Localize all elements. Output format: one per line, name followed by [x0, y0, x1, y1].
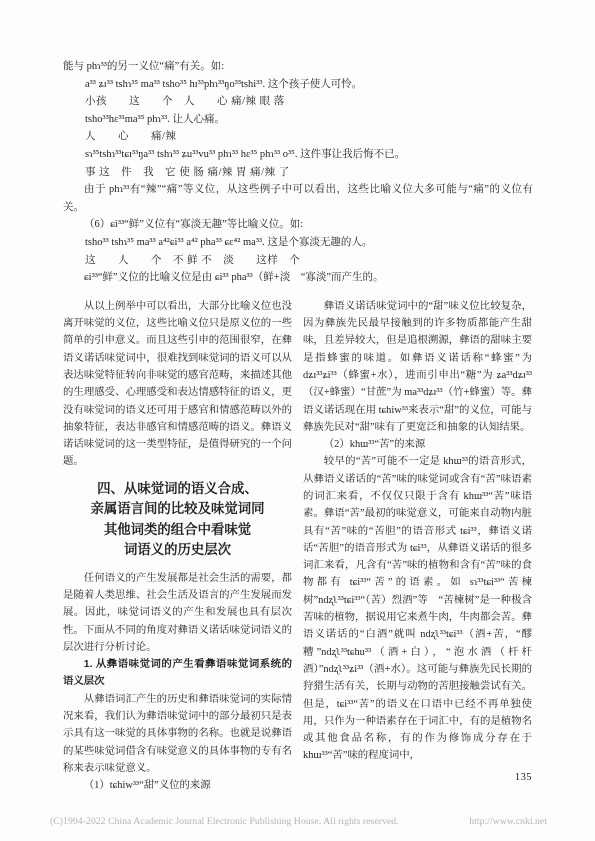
- numbered-item-bitter: （2）khɯ³³“苦”的来源: [303, 436, 532, 453]
- gloss-line: 这 人 个 不 鲜 不 淡 这样 个: [63, 252, 533, 270]
- subsection-heading: 1. 从彝语味觉词的产生看彝语味觉词系统的语义层次: [63, 656, 292, 691]
- section-heading: 四、从味觉词的语义合成、 亲属语言间的比较及味觉词同 其他词类的组合中看味觉 词…: [63, 479, 292, 561]
- section-heading-line: 四、从味觉词的语义合成、: [63, 479, 292, 500]
- body-line: 能与 phɿ³³的另一义位“痛”有关。如:: [63, 58, 533, 76]
- ipa-example-line: tsho³³hɛ³¹ma³⁵ phɿ³³. 让人心痛。: [63, 111, 533, 129]
- section-heading-line: 亲属语言间的比较及味觉词同: [63, 499, 292, 520]
- section-heading-line: 词语义的历史层次: [63, 540, 292, 561]
- paragraph-conclusion: 从以上例举中可以看出，大部分比喻义位也没离开味觉的义位，这些比喻义位只是原义位的…: [63, 298, 292, 471]
- body-paragraph: ɕi³³“鲜”义位的比喻义位是由 ɕi³³ pha³³（鲜+淡 “寡淡”而产生的…: [63, 269, 533, 287]
- gloss-line: 小孩 这 个 人 心 痛/辣 眼 落: [63, 93, 533, 111]
- page-content: 能与 phɿ³³的另一义位“痛”有关。如: a³³ ʑɪ³³ tshɿ³⁵ ma…: [63, 58, 533, 795]
- ipa-example-line: a³³ ʑɪ³³ tshɿ³⁵ ma³³ tsho³⁵ hɪ³³phɿ³³ŋo³…: [63, 76, 533, 94]
- ipa-example-line: tsho³³ tshɿ³⁵ ma³³ a⁴²ɕi³³ a⁴² pha³³ ɕɛ⁴…: [63, 234, 533, 252]
- ipa-example-line: sɿ³⁵tshɿ³³tɕɪ³³ŋa³³ tshɿ³³ ʑu³³vu³³ phɿ³…: [63, 146, 533, 164]
- gloss-line: 事 这 件 我 它 使 肠 痛/辣 胃 痛/辣 了: [63, 164, 533, 182]
- body-paragraph: 由于 phɿ³³有“辣”“痛”等义位，从这些例子中可以看出，这些比喻义位大多可能…: [63, 181, 533, 216]
- footer-url: http://www.cnki.net: [469, 816, 547, 828]
- right-column: 彝语义诺话味觉词中的“甜”味义位比较复杂，因为彝族先民最早接触到的许多物质都能产…: [303, 298, 532, 795]
- paragraph-word-history: 从彝语词汇产生的历史和彝语味觉词的实际情况来看，我们认为彝语味觉词中的部分最初只…: [63, 691, 292, 777]
- body-paragraph: （6）ɕi³³“鲜”义位有“寡淡无趣”等比喻义位。如:: [63, 216, 533, 234]
- paragraph-bitter-origin: 较早的“苦”可能不一定是 khɯ³³的语音形式，从彝语义诺话的“苦”味的味觉词或…: [303, 453, 532, 764]
- paragraph-semantics-need: 任何语义的产生发展都是社会生活的需要，都是随着人类思维、社会生活及语言的产生发展…: [63, 570, 292, 656]
- two-column-layout: 从以上例举中可以看出，大部分比喻义位也没离开味觉的义位，这些比喻义位只是原义位的…: [63, 298, 533, 795]
- section-heading-line: 其他词类的组合中看味觉: [63, 520, 292, 541]
- numbered-item-sweet: （1）tɕhiw³³“甜”义位的来源: [63, 777, 292, 794]
- top-section: 能与 phɿ³³的另一义位“痛”有关。如: a³³ ʑɪ³³ tshɿ³⁵ ma…: [63, 58, 533, 287]
- page-number: 135: [303, 769, 532, 786]
- left-column: 从以上例举中可以看出，大部分比喻义位也没离开味觉的义位，这些比喻义位只是原义位的…: [63, 298, 292, 795]
- paragraph-sweet-origin: 彝语义诺话味觉词中的“甜”味义位比较复杂，因为彝族先民最早接触到的许多物质都能产…: [303, 298, 532, 436]
- footer: (C)1994-2022 China Academic Journal Elec…: [50, 816, 547, 828]
- footer-copyright: (C)1994-2022 China Academic Journal Elec…: [50, 816, 399, 828]
- paper-page: 能与 phɿ³³的另一义位“痛”有关。如: a³³ ʑɪ³³ tshɿ³⁵ ma…: [0, 0, 595, 841]
- gloss-line: 人 心 痛/辣: [63, 128, 533, 146]
